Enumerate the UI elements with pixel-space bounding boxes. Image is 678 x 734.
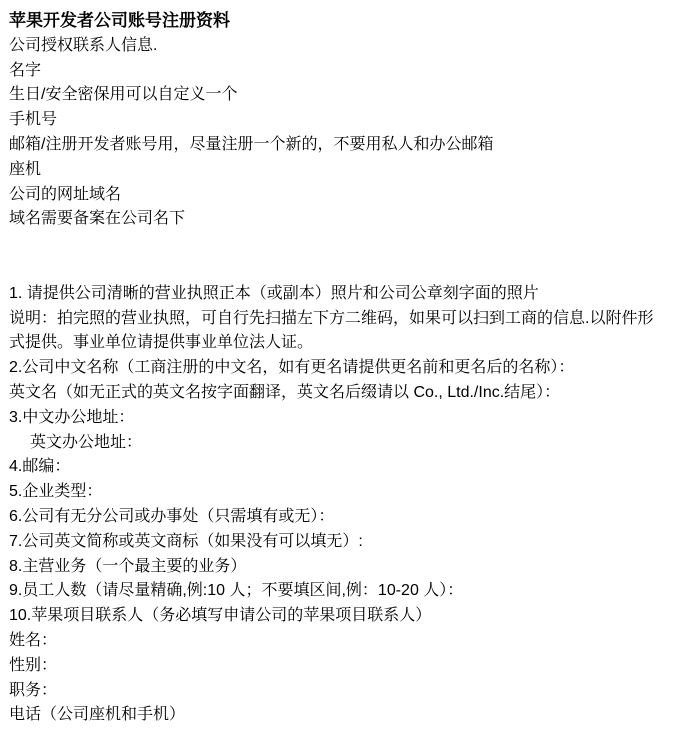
requirement-item-1-note-line-2: 式提供。事业单位请提供事业单位法人证。 bbox=[9, 331, 670, 356]
contact-section-heading: 公司授权联系人信息. bbox=[9, 34, 670, 59]
blank-line bbox=[9, 232, 670, 257]
contact-line-email: 邮箱/注册开发者账号用，尽量注册一个新的，不要用私人和办公邮箱 bbox=[9, 133, 670, 158]
field-name: 姓名： bbox=[9, 629, 670, 654]
requirement-item-6-branches: 6.公司有无分公司或办事处（只需填有或无）： bbox=[9, 505, 670, 530]
contact-line-mobile: 手机号 bbox=[9, 108, 670, 133]
field-gender: 性别： bbox=[9, 654, 670, 679]
contact-line-domain-record: 域名需要备案在公司名下 bbox=[9, 207, 670, 232]
contact-line-domain: 公司的网址域名 bbox=[9, 183, 670, 208]
requirement-item-5-company-type: 5.企业类型： bbox=[9, 480, 670, 505]
requirement-item-2-en-name: 英文名（如无正式的英文名按字面翻译，英文名后缀请以 Co., Ltd./Inc.… bbox=[9, 381, 670, 406]
requirement-item-2-cn-name: 2.公司中文名称（工商注册的中文名，如有更名请提供更名前和更名后的名称）： bbox=[9, 356, 670, 381]
field-position: 职务： bbox=[9, 679, 670, 704]
requirement-item-1-note-line-1: 说明：拍完照的营业执照，可自行先扫描左下方二维码，如果可以扫到工商的信息.以附件… bbox=[9, 307, 670, 332]
requirement-item-10-apple-contact: 10.苹果项目联系人（务必填写申请公司的苹果项目联系人） bbox=[9, 604, 670, 629]
field-phone: 电话（公司座机和手机） bbox=[9, 703, 670, 728]
requirement-item-9-employees: 9.员工人数（请尽量精确,例:10 人；不要填区间,例：10-20 人）： bbox=[9, 579, 670, 604]
requirement-item-1: 1. 请提供公司清晰的营业执照正本（或副本）照片和公司公章刻字面的照片 bbox=[9, 282, 670, 307]
requirement-item-4-postcode: 4.邮编： bbox=[9, 455, 670, 480]
contact-line-name: 名字 bbox=[9, 59, 670, 84]
contact-line-landline: 座机 bbox=[9, 158, 670, 183]
requirement-item-3-cn-address: 3.中文办公地址： bbox=[9, 406, 670, 431]
blank-line bbox=[9, 257, 670, 282]
requirement-item-8-main-business: 8.主营业务（一个最主要的业务） bbox=[9, 555, 670, 580]
requirement-item-7-en-abbrev: 7.公司英文简称或英文商标（如果没有可以填无）: bbox=[9, 530, 670, 555]
requirement-item-3-en-address: 英文办公地址： bbox=[9, 431, 670, 456]
document-page: 苹果开发者公司账号注册资料 公司授权联系人信息. 名字 生日/安全密保用可以自定… bbox=[0, 0, 678, 734]
contact-line-birthday: 生日/安全密保用可以自定义一个 bbox=[9, 83, 670, 108]
doc-title: 苹果开发者公司账号注册资料 bbox=[9, 9, 670, 34]
